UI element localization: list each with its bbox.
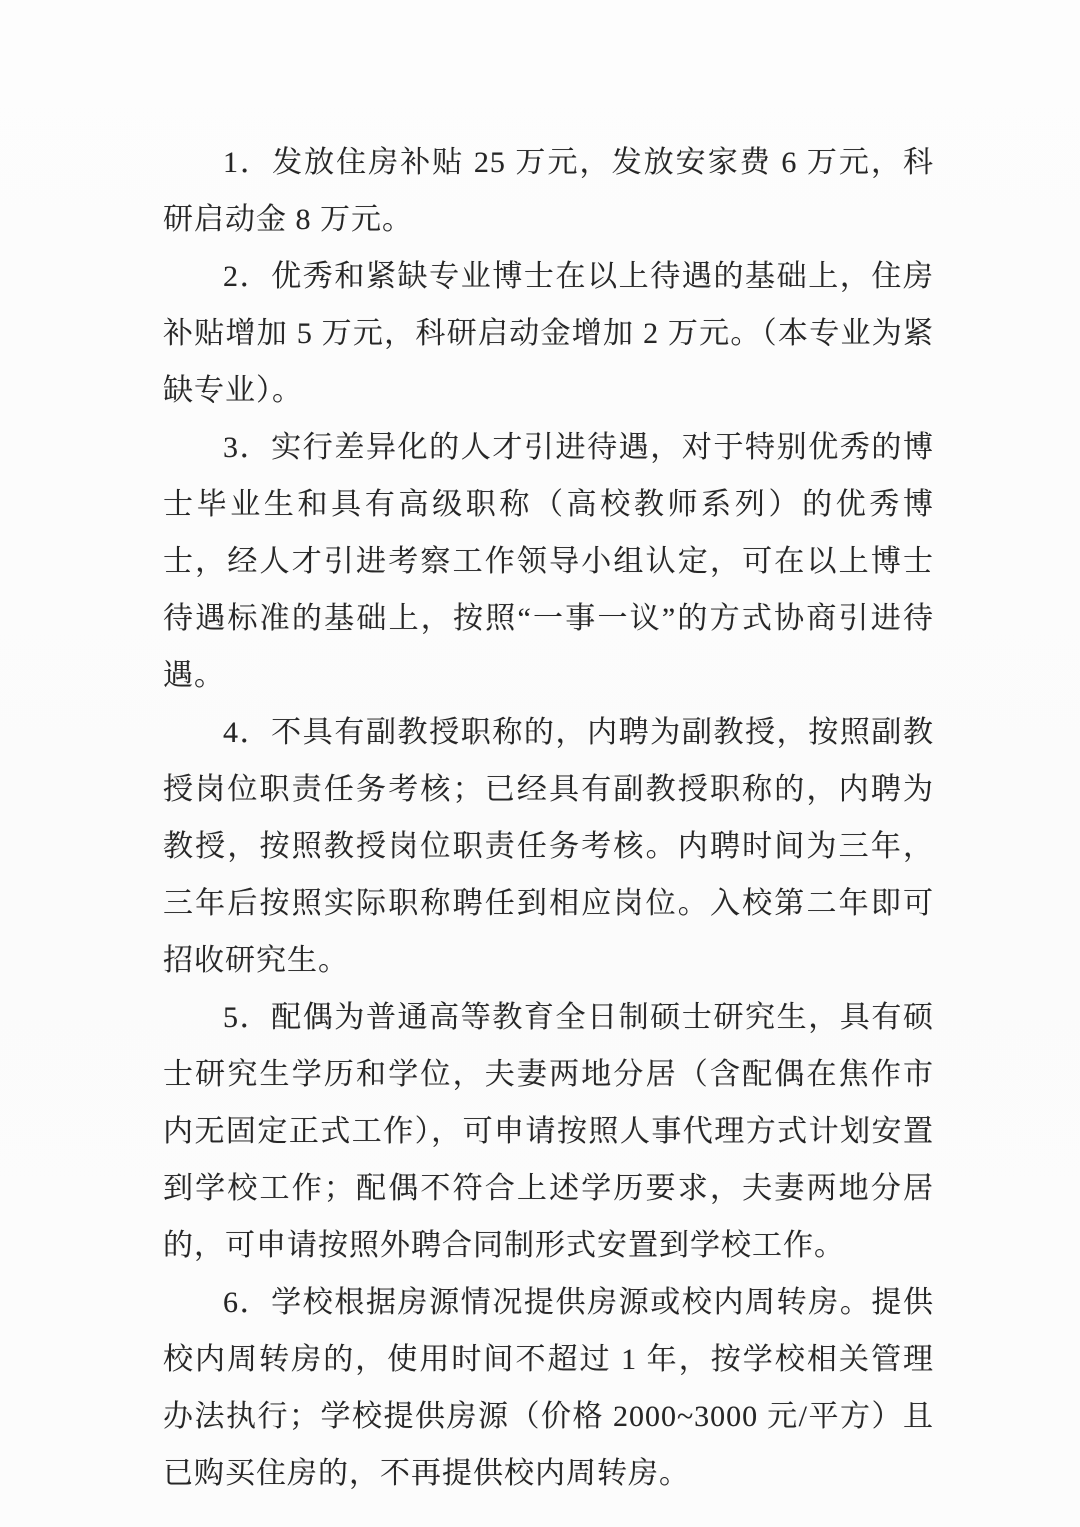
document-body: 1．发放住房补贴 25 万元，发放安家费 6 万元，科研启动金 8 万元。 2．… — [163, 134, 934, 1502]
paragraph-3-differentiated-talent-terms: 3．实行差异化的人才引进待遇，对于特别优秀的博士毕业生和具有高级职称（高校教师系… — [163, 419, 934, 704]
document-page: 1．发放住房补贴 25 万元，发放安家费 6 万元，科研启动金 8 万元。 2．… — [0, 0, 1080, 1527]
paragraph-2-scarce-major-bonus: 2．优秀和紧缺专业博士在以上待遇的基础上，住房补贴增加 5 万元，科研启动金增加… — [163, 248, 934, 419]
paragraph-4-internal-professor-appointment: 4．不具有副教授职称的，内聘为副教授，按照副教授岗位职责任务考核；已经具有副教授… — [163, 704, 934, 989]
paragraph-5-spouse-placement: 5．配偶为普通高等教育全日制硕士研究生，具有硕士研究生学历和学位，夫妻两地分居（… — [163, 989, 934, 1274]
paragraph-1-housing-subsidy: 1．发放住房补贴 25 万元，发放安家费 6 万元，科研启动金 8 万元。 — [163, 134, 934, 248]
paragraph-6-housing-provision: 6．学校根据房源情况提供房源或校内周转房。提供校内周转房的，使用时间不超过 1 … — [163, 1274, 934, 1502]
